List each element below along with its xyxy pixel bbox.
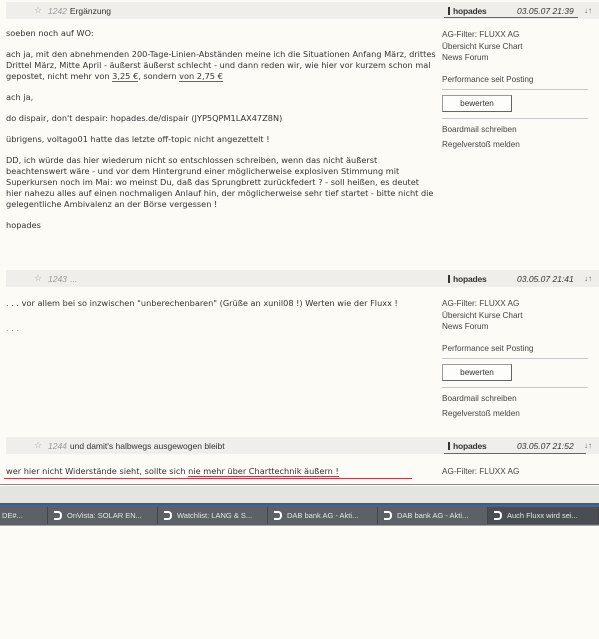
- news-forum-link[interactable]: News Forum: [442, 52, 592, 64]
- ag-filter-link[interactable]: AG-Filter: FLUXX AG: [442, 466, 592, 478]
- taskbar-item[interactable]: DAB bank AG - Akti...: [378, 507, 488, 524]
- highlight-phrase: nie mehr über Charttechnik äußern !: [188, 466, 339, 477]
- taskbar-item[interactable]: OnVista: SOLAR EN...: [48, 507, 158, 524]
- divider: [442, 89, 588, 90]
- browser-icon: [54, 511, 62, 520]
- post-paragraph: do dispair, don't despair: hopades.de/di…: [6, 113, 436, 124]
- performance-link[interactable]: Performance seit Posting: [442, 343, 592, 355]
- author-name[interactable]: hopades: [453, 441, 487, 451]
- taskbar-item-active[interactable]: Auch Fluxx wird sei...: [488, 507, 599, 524]
- post-subject: und damit's halbwegs ausgewogen bleibt: [70, 441, 225, 451]
- browser-icon: [164, 511, 172, 520]
- star-icon[interactable]: ☆: [34, 273, 48, 284]
- post-number[interactable]: 1243: [48, 274, 67, 284]
- post-body-1242: soeben noch auf WO: ach ja, mit den abne…: [6, 28, 436, 241]
- annotation-underline: [4, 478, 412, 479]
- star-icon[interactable]: ☆: [34, 5, 48, 16]
- window-bottom-strip: [0, 486, 599, 503]
- report-link[interactable]: Regelverstoß melden: [442, 139, 592, 151]
- post-sidebar-1244: AG-Filter: FLUXX AG: [442, 466, 592, 478]
- post-date: 03.05.07 21:52: [517, 441, 574, 451]
- post-paragraph: DD, ich würde das hier wiederum nicht so…: [6, 155, 436, 210]
- nav-arrows-icon[interactable]: ↓↑: [584, 441, 592, 450]
- rate-button[interactable]: bewerten: [442, 364, 512, 381]
- taskbar-item[interactable]: DAB bank AG - Akti...: [268, 507, 378, 524]
- divider: [442, 358, 588, 359]
- post-header-1243: ☆ 1243 ... hopades 03.05.07 21:41 ↓↑: [6, 270, 599, 287]
- post-paragraph: soeben noch auf WO:: [6, 28, 436, 39]
- star-icon[interactable]: ☆: [34, 440, 48, 451]
- news-forum-link[interactable]: News Forum: [442, 321, 592, 333]
- post-number[interactable]: 1242: [48, 6, 67, 16]
- user-status-icon: [448, 275, 450, 283]
- post-author[interactable]: hopades: [448, 6, 487, 16]
- annotation-underline: [444, 17, 578, 18]
- highlight-price: 3,25 €: [112, 71, 138, 82]
- ag-filter-link[interactable]: AG-Filter: FLUXX AG: [442, 298, 592, 310]
- post-paragraph: hopades: [6, 220, 436, 231]
- taskbar-item[interactable]: Watchlist: LANG & S...: [158, 507, 268, 524]
- boardmail-link[interactable]: Boardmail schreiben: [442, 393, 592, 405]
- post-author[interactable]: hopades: [448, 441, 487, 451]
- boardmail-link[interactable]: Boardmail schreiben: [442, 124, 592, 136]
- performance-link[interactable]: Performance seit Posting: [442, 74, 592, 86]
- nav-arrows-icon[interactable]: ↓↑: [584, 274, 592, 283]
- browser-icon: [494, 511, 502, 520]
- nav-arrows-icon[interactable]: ↓↑: [584, 6, 592, 15]
- taskbar-item[interactable]: DE#...: [0, 507, 48, 524]
- post-sidebar-1243: AG-Filter: FLUXX AG Übersicht Kurse Char…: [442, 298, 592, 419]
- post-paragraph: ach ja, mit den abnehmenden 200-Tage-Lin…: [6, 49, 436, 82]
- ag-filter-link[interactable]: AG-Filter: FLUXX AG: [442, 29, 592, 41]
- post-paragraph: wer hier nicht Widerstände sieht, sollte…: [6, 466, 436, 477]
- post-date: 03.05.07 21:39: [517, 6, 574, 16]
- post-paragraph: ach ja,: [6, 92, 436, 103]
- user-status-icon: [448, 7, 450, 15]
- post-body-1243: . . . vor allem bei so inzwischen "unber…: [6, 298, 436, 344]
- post-paragraph: . . .: [6, 323, 436, 334]
- divider: [442, 118, 588, 119]
- post-paragraph: . . . vor allem bei so inzwischen "unber…: [6, 298, 436, 309]
- post-date: 03.05.07 21:41: [517, 274, 574, 284]
- post-number[interactable]: 1244: [48, 441, 67, 451]
- divider: [0, 484, 599, 485]
- overview-link[interactable]: Übersicht Kurse Chart: [442, 310, 592, 322]
- author-name[interactable]: hopades: [453, 274, 487, 284]
- post-author[interactable]: hopades: [448, 274, 487, 284]
- rate-button[interactable]: bewerten: [442, 95, 512, 112]
- overview-link[interactable]: Übersicht Kurse Chart: [442, 41, 592, 53]
- browser-icon: [274, 511, 282, 520]
- post-subject: Ergänzung: [70, 6, 111, 16]
- author-name[interactable]: hopades: [453, 6, 487, 16]
- post-paragraph: übrigens, voltago01 hatte das letzte off…: [6, 134, 436, 145]
- user-status-icon: [448, 442, 450, 450]
- taskbar: DE#... OnVista: SOLAR EN... Watchlist: L…: [0, 503, 599, 526]
- divider: [442, 387, 588, 388]
- browser-icon: [384, 511, 392, 520]
- annotation-underline: [444, 453, 586, 454]
- highlight-price: von 2,75 €: [179, 71, 223, 82]
- report-link[interactable]: Regelverstoß melden: [442, 408, 592, 420]
- post-subject: ...: [70, 274, 77, 284]
- post-header-1244: ☆ 1244 und damit's halbwegs ausgewogen b…: [6, 437, 599, 454]
- post-sidebar-1242: AG-Filter: FLUXX AG Übersicht Kurse Char…: [442, 29, 592, 150]
